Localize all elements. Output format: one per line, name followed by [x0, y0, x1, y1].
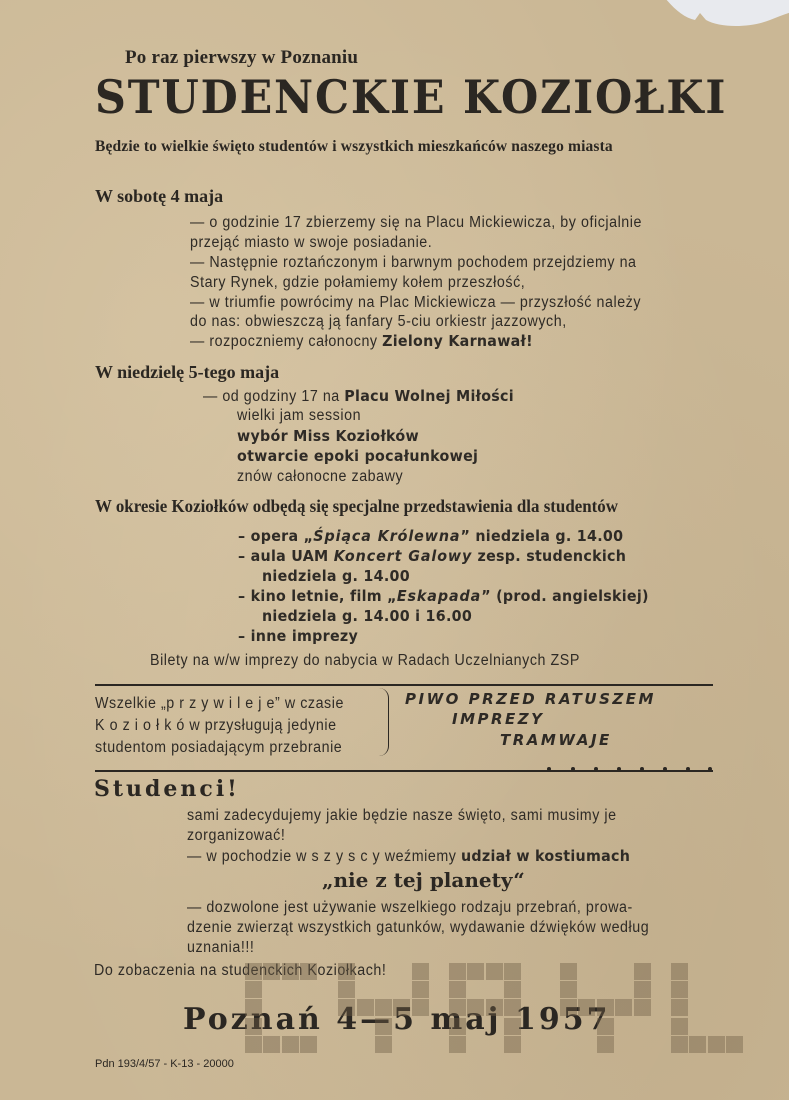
- event-cinema: – kino letnie, film „Eskapada” (prod. an…: [238, 587, 649, 605]
- sunday-heading: W niedzielę 5-tego maja: [95, 362, 279, 383]
- sunday-item: wielki jam session: [237, 407, 361, 425]
- saturday-line: — w triumfie powrócimy na Plac Mickiewic…: [190, 294, 641, 312]
- students-line-text: — w pochodzie w s z y s c y weźmiemy: [187, 848, 461, 865]
- sunday-line: — od godziny 17 na Placu Wolnej Miłości: [203, 387, 514, 406]
- not-from-this-planet-text: „nie z tej planety“: [322, 868, 525, 892]
- event-title: Śpiąca Królewna: [313, 527, 460, 545]
- saturday-line: Stary Rynek, gdzie połamiemy kołem przes…: [190, 274, 525, 292]
- event-continuation: niedziela g. 14.00: [262, 567, 410, 585]
- saturday-line-text: — rozpoczniemy całonocny: [190, 333, 382, 350]
- event-continuation: niedziela g. 14.00 i 16.00: [262, 607, 472, 625]
- free-love-square-text: Placu Wolnej Miłości: [344, 387, 514, 405]
- divider-top: [95, 684, 713, 686]
- torn-corner: [640, 0, 789, 38]
- date-location-text: Poznań 4—5 maj 1957: [183, 1002, 610, 1037]
- event-text: – kino letnie, film „: [238, 587, 397, 605]
- event-text: ” (prod. angielskiej): [481, 587, 649, 605]
- students-heading: Studenci!: [94, 776, 240, 802]
- divider-bottom: [95, 770, 713, 772]
- students-line-costumes: — w pochodzie w s z y s c y weźmiemy udz…: [187, 847, 630, 866]
- rules-line: uznania!!!: [187, 939, 254, 957]
- costumes-bold-text: udział w kostiumach: [461, 847, 630, 865]
- sunday-item: znów całonocne zabawy: [237, 468, 403, 486]
- event-opera: – opera „Śpiąca Królewna” niedziela g. 1…: [238, 527, 623, 545]
- brace-divider: [378, 688, 389, 756]
- event-title: Eskapada: [397, 587, 481, 605]
- farewell-text: Do zobaczenia na studenckich Koziołkach!: [94, 962, 386, 980]
- special-heading: W okresie Koziołków odbędą się specjalne…: [95, 496, 618, 517]
- event-concert: – aula UAM Koncert Galowy zesp. studenck…: [238, 547, 626, 565]
- saturday-line: — o godzinie 17 zbierzemy się na Placu M…: [190, 214, 642, 232]
- privileges-line: Wszelkie „p r z y w i l e j e” w czasie: [95, 695, 344, 713]
- rules-line: — dozwolone jest używanie wszelkiego rod…: [187, 899, 633, 917]
- promo-beer: PIWO PRZED RATUSZEM: [405, 690, 656, 708]
- poster-subtitle: Będzie to wielkie święto studentów i wsz…: [95, 138, 613, 156]
- students-line: sami zadecydujemy jakie będzie nasze świ…: [187, 807, 617, 825]
- event-text: ” niedziela g. 14.00: [460, 527, 623, 545]
- saturday-line-last: — rozpoczniemy całonocny Zielony Karnawa…: [190, 332, 533, 351]
- rules-line: dzenie zwierząt wszystkich gatunków, wyd…: [187, 919, 649, 937]
- sunday-item-bold: otwarcie epoki pocałunkowej: [237, 447, 478, 465]
- privileges-line: studentom posiadającym przebranie: [95, 739, 342, 757]
- saturday-heading: W sobotę 4 maja: [95, 186, 223, 207]
- print-code-text: Pdn 193/4/57 - K-13 - 20000: [95, 1058, 234, 1070]
- privileges-line: K o z i o ł k ó w przysługują jedynie: [95, 717, 337, 735]
- event-text: zesp. studenckich: [472, 547, 626, 565]
- kicker-text: Po raz pierwszy w Poznaniu: [125, 47, 358, 69]
- event-title: Koncert Galowy: [334, 547, 473, 565]
- poster-title: STUDENCKIE KOZIOŁKI: [95, 70, 727, 124]
- promo-trams: TRAMWAJE: [500, 731, 612, 749]
- sunday-line-text: — od godziny 17 na: [203, 388, 344, 405]
- tickets-text: Bilety na w/w imprezy do nabycia w Radac…: [150, 652, 580, 670]
- saturday-line: przejąć miasto w swoje posiadanie.: [190, 234, 432, 252]
- event-text: – opera „: [238, 527, 313, 545]
- saturday-line: — Następnie roztańczonym i barwnym pocho…: [190, 254, 637, 272]
- event-text: – aula UAM: [238, 547, 334, 565]
- students-line: zorganizować!: [187, 827, 285, 845]
- promo-events: IMPREZY: [452, 710, 545, 728]
- green-carnival-text: Zielony Karnawał!: [382, 332, 533, 350]
- sunday-item-bold: wybór Miss Koziołków: [237, 427, 419, 445]
- event-other: – inne imprezy: [238, 627, 358, 645]
- saturday-line: do nas: obwieszczą ją fanfary 5-ciu orki…: [190, 313, 567, 331]
